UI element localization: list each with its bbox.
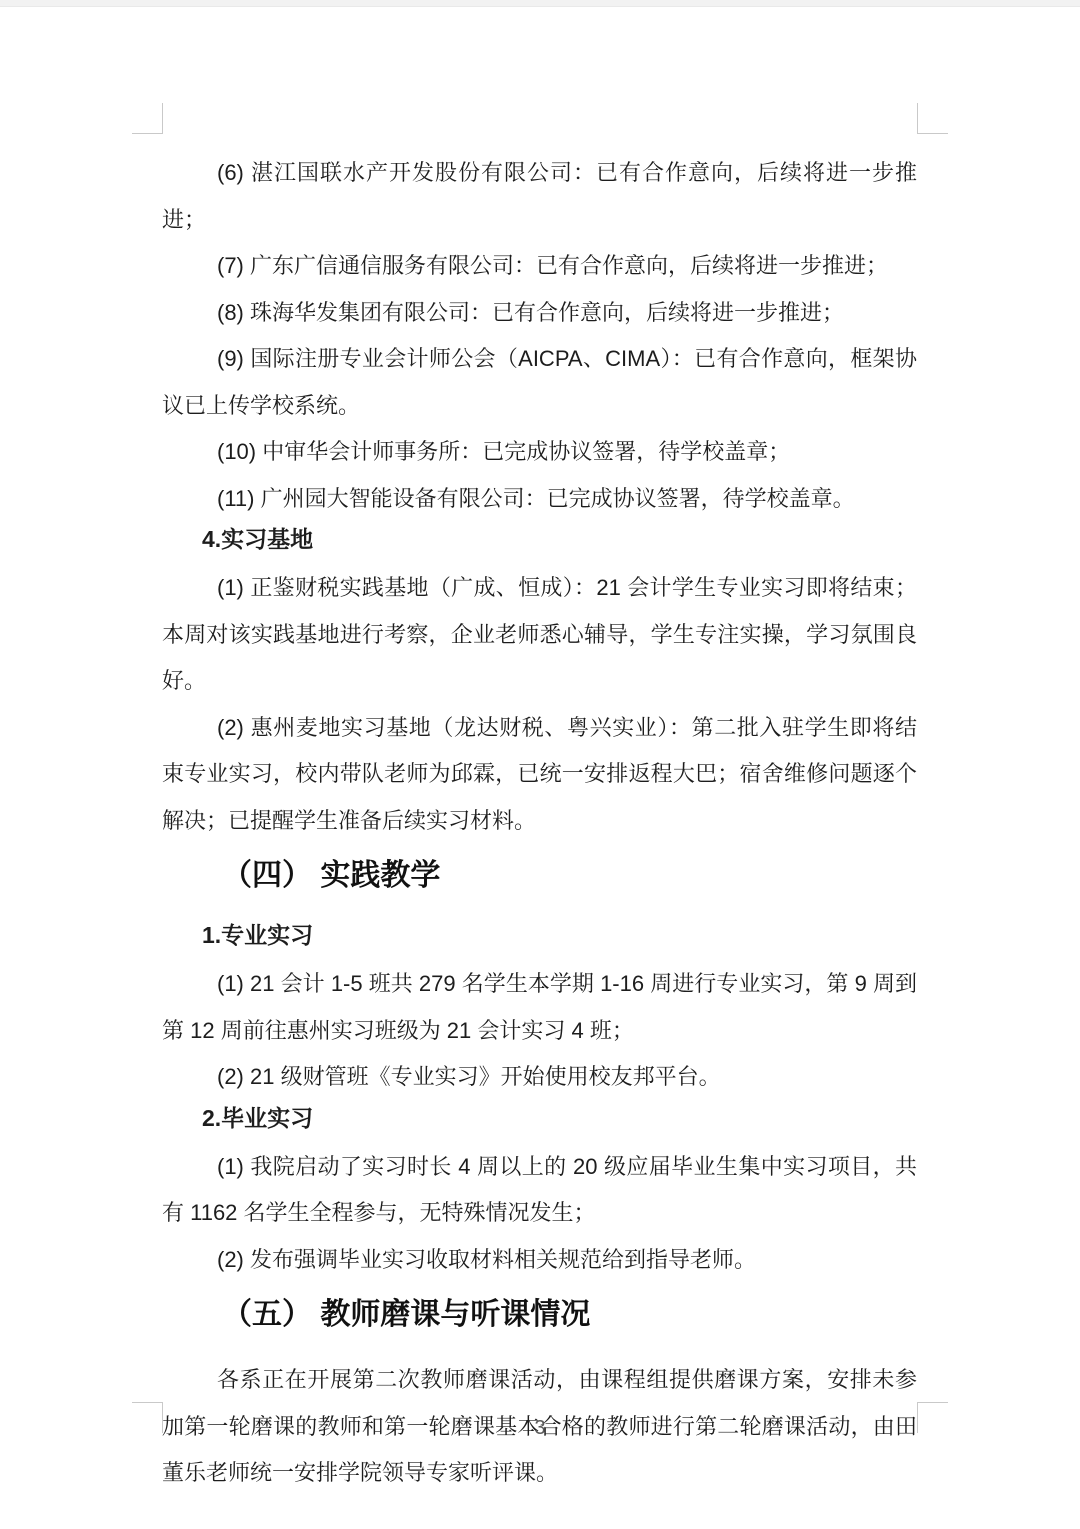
crop-mark-top-left — [132, 103, 163, 134]
paragraph: (7) 广东广信通信服务有限公司：已有合作意向，后续将进一步推进； — [162, 243, 917, 290]
paragraph: (1) 21 会计 1-5 班共 279 名学生本学期 1-16 周进行专业实习… — [162, 961, 917, 1054]
paragraph: (1) 正鉴财税实践基地（广成、恒成）：21 会计学生专业实习即将结束；本周对该… — [162, 565, 917, 705]
crop-mark-top-right — [917, 103, 948, 134]
sub-heading: 2.毕业实习 — [162, 1101, 917, 1135]
paragraph: (2) 21 级财管班《专业实习》开始使用校友邦平台。 — [162, 1054, 917, 1101]
sub-heading: 4.实习基地 — [162, 522, 917, 556]
section-heading: （四） 实践教学 — [162, 850, 917, 902]
paragraph: (10) 中审华会计师事务所：已完成协议签署，待学校盖章； — [162, 429, 917, 476]
sub-heading: 1.专业实习 — [162, 918, 917, 952]
paragraph: (6) 湛江国联水产开发股份有限公司：已有合作意向，后续将进一步推进； — [162, 150, 917, 243]
paragraph: (9) 国际注册专业会计师公会（AICPA、CIMA）：已有合作意向，框架协议已… — [162, 336, 917, 429]
document-body: (6) 湛江国联水产开发股份有限公司：已有合作意向，后续将进一步推进；(7) 广… — [162, 133, 917, 1497]
paragraph: (2) 惠州麦地实习基地（龙达财税、粤兴实业）：第二批入驻学生即将结束专业实习，… — [162, 705, 917, 845]
paragraph: (1) 我院启动了实习时长 4 周以上的 20 级应届毕业生集中实习项目，共有 … — [162, 1144, 917, 1237]
page-top-edge — [0, 0, 1080, 7]
document-page: (6) 湛江国联水产开发股份有限公司：已有合作意向，后续将进一步推进；(7) 广… — [0, 0, 1080, 1529]
paragraph: (8) 珠海华发集团有限公司：已有合作意向，后续将进一步推进； — [162, 290, 917, 337]
page-number: 3 — [0, 1414, 1080, 1442]
section-heading: （五） 教师磨课与听课情况 — [162, 1289, 917, 1341]
paragraph: (2) 发布强调毕业实习收取材料相关规范给到指导老师。 — [162, 1237, 917, 1284]
paragraph: (11) 广州园大智能设备有限公司：已完成协议签署，待学校盖章。 — [162, 476, 917, 523]
